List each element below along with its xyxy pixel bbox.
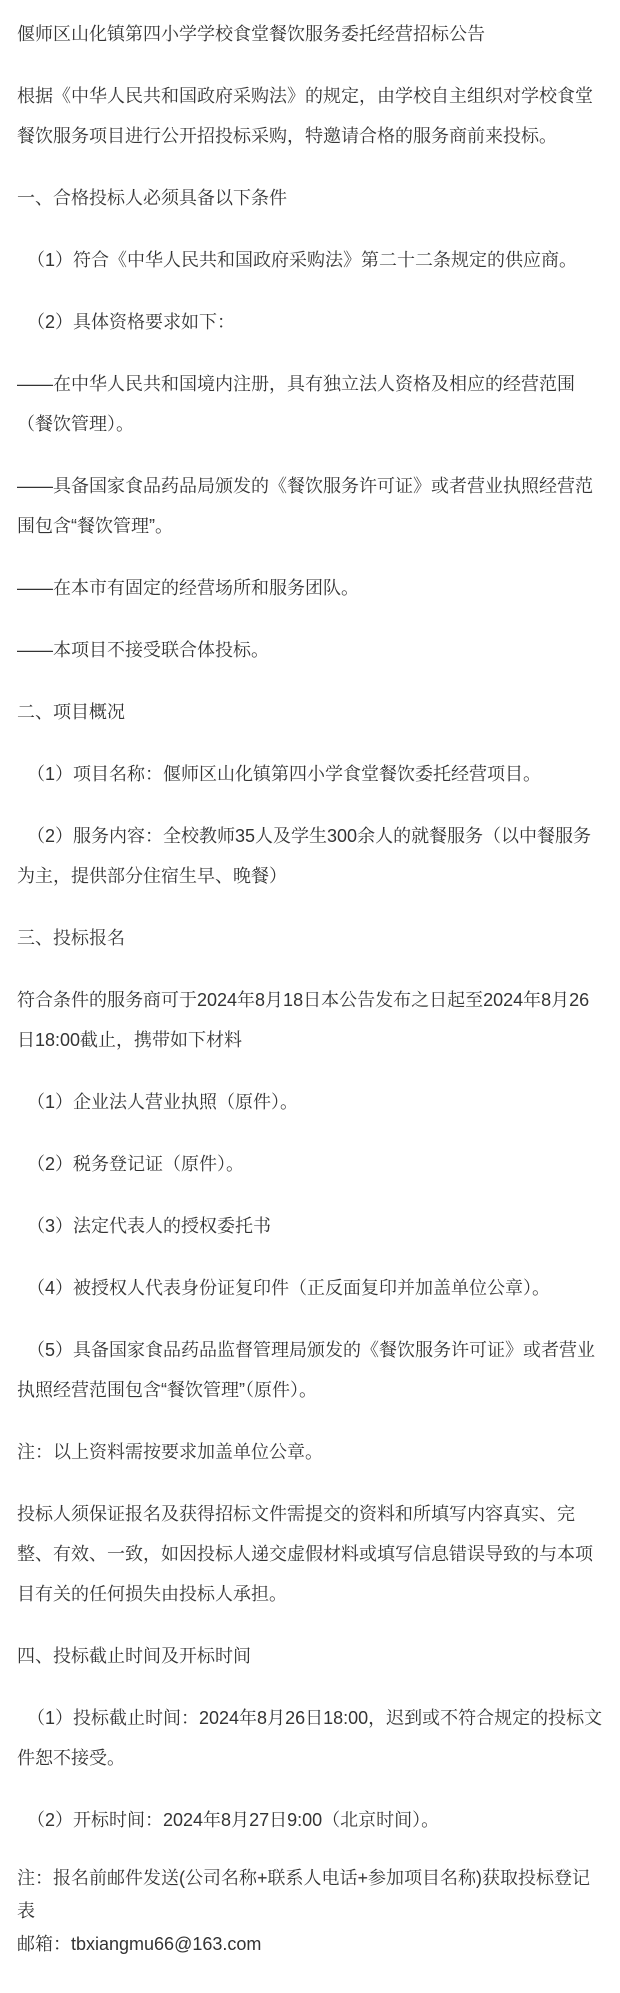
- section-2-item-2: （2）服务内容：全校教师35人及学生300余人的就餐服务（以中餐服务为主，提供部…: [17, 816, 603, 896]
- page-title: 偃师区山化镇第四小学学校食堂餐饮服务委托经营招标公告: [17, 14, 603, 54]
- qualification-dash-3: ——在本市有固定的经营场所和服务团队。: [17, 568, 603, 608]
- qualification-dash-1: ——在中华人民共和国境内注册，具有独立法人资格及相应的经营范围（餐饮管理）。: [17, 364, 603, 444]
- registration-note: 注：报名前邮件发送(公司名称+联系人电话+参加项目名称)获取投标登记表: [17, 1862, 603, 1928]
- liability-paragraph: 投标人须保证报名及获得招标文件需提交的资料和所填写内容真实、完整、有效、一致，如…: [17, 1494, 603, 1614]
- section-2-heading: 二、项目概况: [17, 692, 603, 732]
- section-1-heading: 一、合格投标人必须具备以下条件: [17, 178, 603, 218]
- footer-note-block: 注：报名前邮件发送(公司名称+联系人电话+参加项目名称)获取投标登记表 邮箱：t…: [17, 1862, 603, 1961]
- announcement-document: 偃师区山化镇第四小学学校食堂餐饮服务委托经营招标公告 根据《中华人民共和国政府采…: [0, 0, 620, 1993]
- intro-paragraph: 根据《中华人民共和国政府采购法》的规定，由学校自主组织对学校食堂餐饮服务项目进行…: [17, 76, 603, 156]
- section-2-item-1: （1）项目名称：偃师区山化镇第四小学食堂餐饮委托经营项目。: [17, 754, 603, 794]
- section-1-item-1: （1）符合《中华人民共和国政府采购法》第二十二条规定的供应商。: [17, 240, 603, 280]
- section-4-heading: 四、投标截止时间及开标时间: [17, 1636, 603, 1676]
- registration-paragraph: 符合条件的服务商可于2024年8月18日本公告发布之日起至2024年8月26日1…: [17, 980, 603, 1060]
- material-item-1: （1）企业法人营业执照（原件）。: [17, 1082, 603, 1122]
- material-item-2: （2）税务登记证（原件）。: [17, 1144, 603, 1184]
- qualification-dash-4: ——本项目不接受联合体投标。: [17, 630, 603, 670]
- deadline-item-1: （1）投标截止时间：2024年8月26日18:00，迟到或不符合规定的投标文件恕…: [17, 1698, 603, 1778]
- material-item-5: （5）具备国家食品药品监督管理局颁发的《餐饮服务许可证》或者营业执照经营范围包含…: [17, 1330, 603, 1410]
- section-1-item-2: （2）具体资格要求如下：: [17, 302, 603, 342]
- material-item-4: （4）被授权人代表身份证复印件（正反面复印并加盖单位公章）。: [17, 1268, 603, 1308]
- seal-note: 注：以上资料需按要求加盖单位公章。: [17, 1432, 603, 1472]
- section-3-heading: 三、投标报名: [17, 918, 603, 958]
- deadline-item-2: （2）开标时间：2024年8月27日9:00（北京时间）。: [17, 1800, 603, 1840]
- email-line: 邮箱：tbxiangmu66@163.com: [17, 1928, 603, 1961]
- qualification-dash-2: ——具备国家食品药品局颁发的《餐饮服务许可证》或者营业执照经营范围包含“餐饮管理…: [17, 466, 603, 546]
- material-item-3: （3）法定代表人的授权委托书: [17, 1206, 603, 1246]
